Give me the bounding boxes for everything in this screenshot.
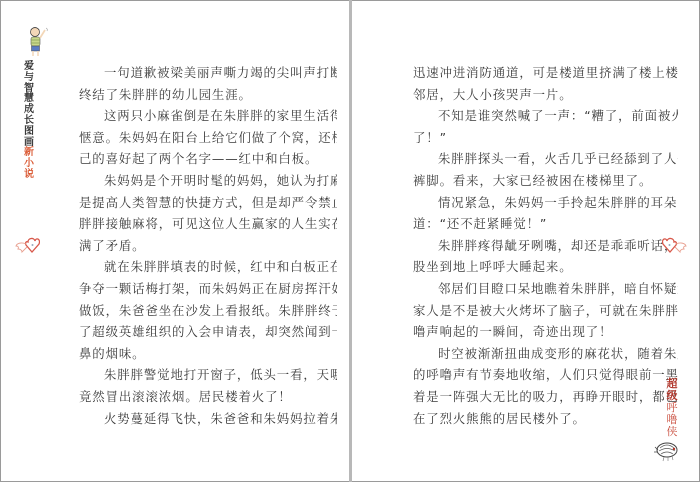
text-line: 满了矛盾。 [79,235,337,257]
text-line: 做饭，朱爸爸坐在沙发上看报纸。朱胖胖终于填完 [79,300,337,322]
text-line: 不知是谁突然喊了一声：“糟了，前面被火堵死 [413,105,678,127]
text-line: 竟然冒出滚滚浓烟。居民楼着火了！ [79,386,337,408]
text-line: 己的喜好起了两个名字——红中和白板。 [79,148,337,170]
text-line: 股坐到地上呼呼大睡起来。 [413,256,678,278]
text-line: 胖胖接触麻将，可见这位人生赢家的人生实在充 [79,213,337,235]
text-line: 是提高人类智慧的快捷方式，但是却严令禁止朱 [79,192,337,214]
series-title-char: 图 [22,127,36,138]
left-page-text: 一句道歉被梁美丽声嘶力竭的尖叫声打断，也 终结了朱胖胖的幼儿园生涯。 这两只小麻… [79,62,337,429]
text-line: 噜声响起的一瞬间，奇迹出现了！ [413,321,678,343]
text-line: 迅速冲进消防通道，可是楼道里挤满了楼上楼下的 [413,62,678,84]
text-line: 道：“还不赶紧睡觉！” [413,213,678,235]
text-line: 火势蔓延得飞快，朱爸爸和朱妈妈拉着朱胖胖 [79,408,337,430]
text-line: 邻居们目瞪口呆地瞧着朱胖胖，暗自怀疑这一 [413,278,678,300]
text-line: 终结了朱胖胖的幼儿园生涯。 [79,84,337,106]
text-line: 朱妈妈是个开明时髦的妈妈，她认为打麻将 [79,170,337,192]
text-line: 情况紧急，朱妈妈一手拎起朱胖胖的耳朵，怒 [413,192,678,214]
text-line: 争夺一颗话梅打架，而朱妈妈正在厨房挥汗如雨地 [79,278,337,300]
waving-boy-icon [24,26,52,58]
winged-heart-icon [662,236,688,256]
series-title-vertical: 爱 与 智 慧 成 长 图 画 新 小 说 [22,62,36,181]
text-line: 家人是不是被大火烤坏了脑子，可就在朱胖胖的呼 [413,300,678,322]
winged-heart-icon [14,236,40,256]
text-line: 时空被渐渐扭曲成变形的麻花状，随着朱胖胖 [413,343,678,365]
text-line: 就在朱胖胖填表的时候，红中和白板正在为了 [79,256,337,278]
book-title-vertical: 超 级 呼 噜 侠 [665,378,679,438]
series-title-char: 与 [22,73,36,84]
text-line: 一句道歉被梁美丽声嘶力竭的尖叫声打断，也 [79,62,337,84]
text-line: 惬意。朱妈妈在阳台上给它们做了个窝，还根据自 [79,127,337,149]
text-line: 了！” [413,127,678,149]
text-line: 朱胖胖疼得龇牙咧嘴，却还是乖乖听话，一屁 [413,235,678,257]
series-title-char: 说 [22,170,36,181]
text-line: 的呼噜声有节奏地收缩，人们只觉得眼前一黑，接 [413,364,678,386]
snail-bug-icon [654,440,682,462]
text-line: 着是一阵强大无比的吸力，再睁开眼时，都已经站 [413,386,678,408]
text-line: 鼻的烟味。 [79,343,337,365]
text-line: 邻居，大人小孩哭声一片。 [413,84,678,106]
text-line: 裤脚。看来，大家已经被困在楼梯里了。 [413,170,678,192]
book-spine-divider [349,0,352,482]
text-line: 这两只小麻雀倒是在朱胖胖的家里生活得很 [79,105,337,127]
right-page-text: 迅速冲进消防通道，可是楼道里挤满了楼上楼下的 邻居，大人小孩哭声一片。 不知是谁… [413,62,678,429]
text-line: 朱胖胖探头一看，火舌几乎已经舔到了人们的 [413,148,678,170]
text-line: 了超级英雄组织的入会申请表，却突然闻到一股刺 [79,321,337,343]
text-line: 在了烈火熊熊的居民楼外了。 [413,408,678,430]
text-line: 朱胖胖警觉地打开窗子，低头一看，天哪，楼下 [79,364,337,386]
book-title-char: 侠 [665,426,679,438]
